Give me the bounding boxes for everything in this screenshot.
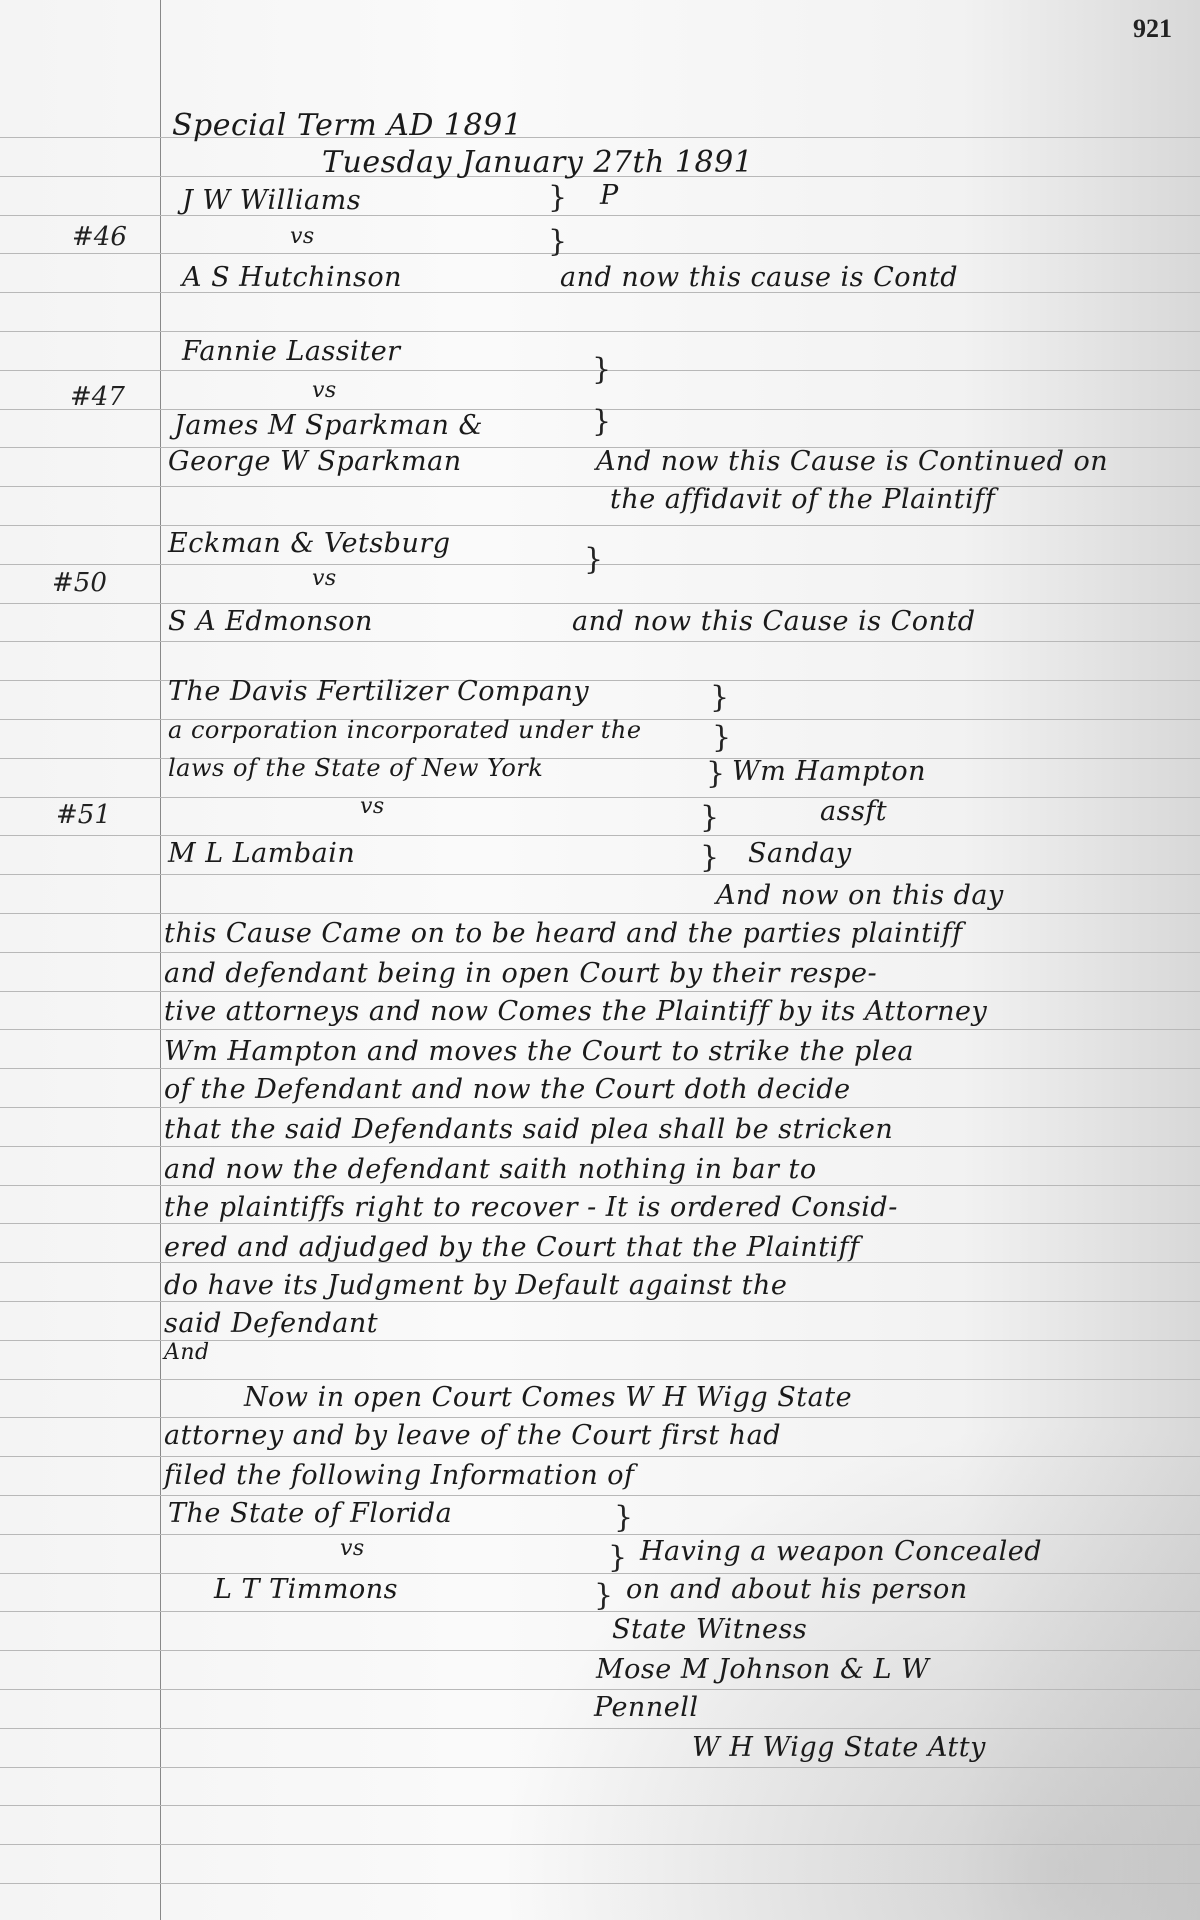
case51-counsel-line1: Wm Hampton [732,756,926,787]
ruled-line [0,525,1200,526]
brace: } [608,1540,627,1575]
case46-brace-note: P [600,180,619,211]
case-number: #46 [72,222,127,252]
ruled-line [0,1650,1200,1651]
and-connector: And [164,1340,210,1365]
ledger-page: 921 Special Term AD 1891 Tuesday January… [0,0,1200,1920]
versus: vs [340,1536,365,1561]
ruled-line [0,1417,1200,1418]
brace: } [700,840,719,875]
ruled-line [0,1301,1200,1302]
brace: } [592,352,611,387]
information-charge-line1: Having a weapon Concealed [640,1536,1042,1567]
case47-disposition-line2: the affidavit of the Plaintiff [610,484,995,515]
brace: } [710,680,729,715]
case51-body-line: said Defendant [164,1308,378,1339]
case47-disposition-line1: And now this Cause is Continued on [596,446,1108,477]
ruled-line [0,215,1200,216]
ruled-line [0,1883,1200,1884]
case50-defendant: S A Edmonson [168,606,373,637]
witness-line1: Mose M Johnson & L W [596,1654,929,1685]
brace: } [712,720,731,755]
ruled-line [0,641,1200,642]
case51-body-line: of the Defendant and now the Court doth … [164,1074,851,1105]
case51-counsel-line3: Sanday [748,838,852,869]
case51-body-line: And now on this day [716,880,1004,911]
case47-plaintiff: Fannie Lassiter [182,336,401,367]
signature: W H Wigg State Atty [692,1732,986,1763]
information-intro-line: filed the following Information of [164,1460,635,1491]
brace: } [700,800,719,835]
ruled-line [0,1844,1200,1845]
case51-defendant: M L Lambain [168,838,355,869]
ruled-line [0,952,1200,953]
case47-defendant-line1: James M Sparkman & [174,410,483,441]
case51-body-line: ered and adjudged by the Court that the … [164,1232,860,1263]
case51-body-line: and defendant being in open Court by the… [164,958,877,989]
ruled-line [0,1767,1200,1768]
case51-body-line: Wm Hampton and moves the Court to strike… [164,1036,914,1067]
brace: } [706,756,725,791]
ruled-line [0,1379,1200,1380]
case46-disposition: and now this cause is Contd [560,262,958,293]
case50-disposition: and now this Cause is Contd [572,606,976,637]
witness-line2: Pennell [594,1692,698,1723]
brace: } [548,224,567,259]
ruled-line [0,1223,1200,1224]
ruled-line [0,1728,1200,1729]
ruled-line [0,991,1200,992]
ruled-line [0,331,1200,332]
ruled-line [0,1495,1200,1496]
ruled-line [0,1068,1200,1069]
versus: vs [290,224,315,249]
ruled-line [0,835,1200,836]
case51-body-line: tive attorneys and now Comes the Plainti… [164,996,987,1027]
ruled-line [0,913,1200,914]
ruled-line [0,1146,1200,1147]
brace: } [614,1500,633,1535]
information-defendant: L T Timmons [214,1574,398,1605]
case51-body-line: do have its Judgment by Default against … [164,1270,787,1301]
brace: } [592,404,611,439]
ruled-line [0,486,1200,487]
ruled-line [0,1456,1200,1457]
case51-counsel-line2: assft [820,796,887,827]
ruled-line [0,603,1200,604]
case46-plaintiff: J W Williams [182,185,361,216]
brace: } [584,542,603,577]
case-number: #50 [52,568,107,598]
ruled-line [0,1573,1200,1574]
information-intro-line: Now in open Court Comes W H Wigg State [244,1382,852,1413]
page-number: 921 [1133,14,1172,44]
case-number: #47 [70,382,125,412]
ruled-line [0,1534,1200,1535]
case51-body-line: that the said Defendants said plea shall… [164,1114,893,1145]
ruled-line [0,1805,1200,1806]
versus: vs [312,378,337,403]
information-intro-line: attorney and by leave of the Court first… [164,1420,781,1451]
information-charge-line2: on and about his person [626,1574,968,1605]
margin-line [160,0,161,1920]
date-heading: Tuesday January 27th 1891 [322,145,753,180]
witness-label: State Witness [612,1614,807,1645]
ruled-line [0,1689,1200,1690]
ruled-line [0,1185,1200,1186]
case51-body-line: the plaintiffs right to recover - It is … [164,1192,898,1223]
information-plaintiff: The State of Florida [168,1498,452,1529]
brace: } [594,1578,613,1613]
ruled-line [0,1029,1200,1030]
brace: } [548,180,567,215]
term-heading: Special Term AD 1891 [172,108,522,143]
ruled-line [0,253,1200,254]
case51-body-line: and now the defendant saith nothing in b… [164,1154,817,1185]
versus: vs [312,566,337,591]
case47-defendant-line2: George W Sparkman [168,446,462,477]
case51-plaintiff-line3: laws of the State of New York [168,754,543,782]
case46-defendant: A S Hutchinson [182,262,402,293]
case51-plaintiff-line2: a corporation incorporated under the [168,716,642,744]
versus: vs [360,794,385,819]
case51-body-line: this Cause Came on to be heard and the p… [164,918,963,949]
case-number: #51 [56,800,111,830]
ruled-line [0,797,1200,798]
ruled-line [0,1107,1200,1108]
ruled-line [0,874,1200,875]
case50-plaintiff: Eckman & Vetsburg [168,528,451,559]
case51-plaintiff-line1: The Davis Fertilizer Company [168,676,589,707]
